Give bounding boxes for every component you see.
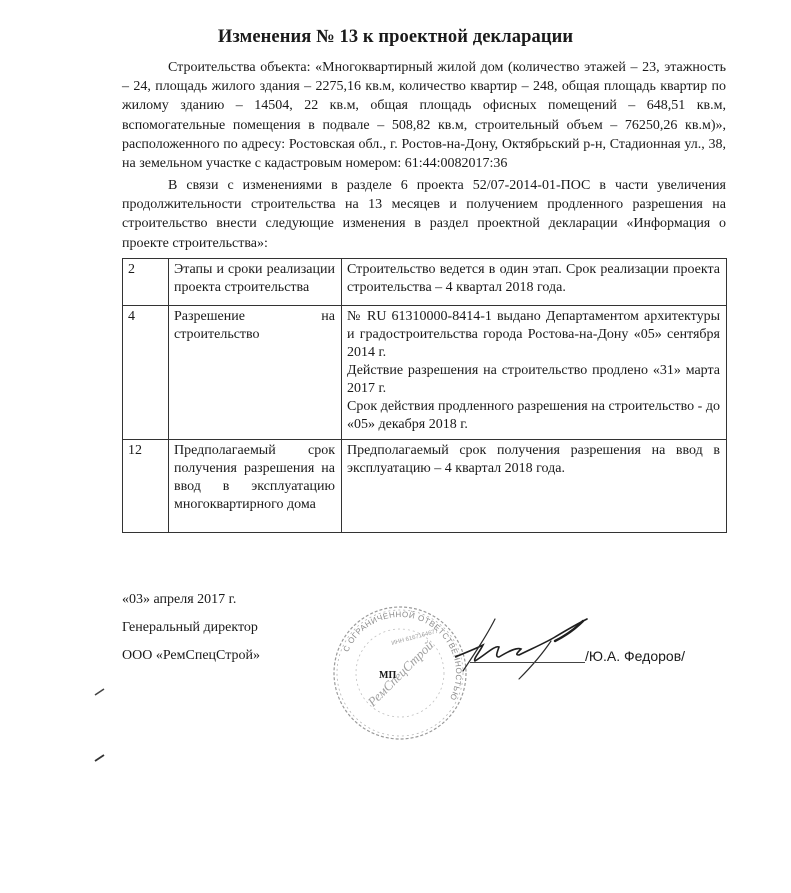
object-description-paragraph: Строительства объекта: «Многоквартирный …	[122, 58, 726, 173]
row-label: Этапы и сроки реализации проекта строите…	[169, 259, 342, 306]
table-row: 12 Предполагаемый срок получения разреше…	[123, 440, 727, 533]
scan-mark-icon	[94, 688, 106, 696]
row-value-line: № RU 61310000-8414-1 выдано Департаменто…	[347, 308, 720, 362]
row-value: Предполагаемый срок получения разрешения…	[342, 440, 727, 533]
table-row: 4 Разрешение на строительство № RU 61310…	[123, 306, 727, 440]
row-value-line: Предполагаемый срок получения разрешения…	[347, 442, 720, 478]
company-name: ООО «РемСпецСтрой»	[122, 648, 260, 664]
row-label: Предполагаемый срок получения разрешения…	[169, 440, 342, 533]
row-value-line: Строительство ведется в один этап. Срок …	[347, 261, 720, 297]
company-seal-icon: С ОГРАНИЧЕННОЙ ОТВЕТСТВЕННОСТЬЮ ИНН 6167…	[330, 603, 470, 743]
signer-name: /Ю.А. Федоров/	[585, 648, 685, 664]
row-number: 4	[123, 306, 169, 440]
table-row: 2 Этапы и сроки реализации проекта строи…	[123, 259, 727, 306]
row-value: № RU 61310000-8414-1 выдано Департаменто…	[342, 306, 727, 440]
row-value-line: Срок действия продленного разрешения на …	[347, 398, 720, 434]
row-number: 2	[123, 259, 169, 306]
row-value-line: Действие разрешения на строительство про…	[347, 362, 720, 398]
svg-text:РемСпецСтрой: РемСпецСтрой	[364, 637, 437, 710]
signer-position: Генеральный директор	[122, 620, 258, 636]
row-label: Разрешение на строительство	[169, 306, 342, 440]
signature-line	[470, 662, 585, 663]
row-value: Строительство ведется в один этап. Срок …	[342, 259, 727, 306]
document-title: Изменения № 13 к проектной декларации	[0, 27, 791, 48]
declaration-changes-table: 2 Этапы и сроки реализации проекта строи…	[122, 258, 727, 533]
row-number: 12	[123, 440, 169, 533]
document-date: «03» апреля 2017 г.	[122, 592, 236, 608]
scan-mark-icon	[94, 754, 106, 762]
change-reason-paragraph: В связи с изменениями в разделе 6 проект…	[122, 176, 726, 253]
stamp-mark-label: МП	[379, 670, 396, 681]
